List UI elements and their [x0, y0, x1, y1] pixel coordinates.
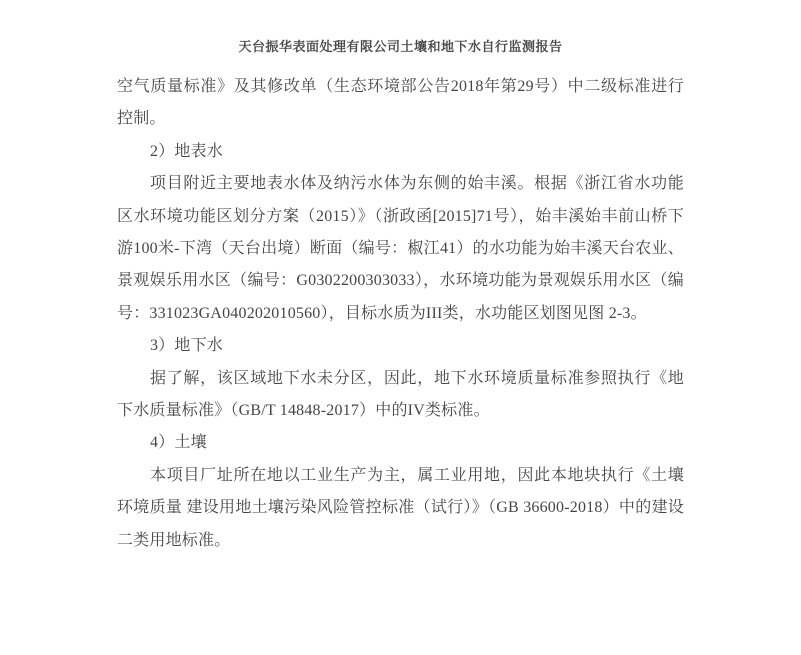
paragraph-groundwater: 据了解，该区域地下水未分区，因此，地下水环境质量标准参照执行《地下水质量标准》（… [117, 363, 684, 428]
paragraph-air-quality-continuation: 空气质量标准》及其修改单（生态环境部公告2018年第29号）中二级标准进行控制。 [117, 71, 684, 136]
paragraph-surface-water: 项目附近主要地表水体及纳污水体为东侧的始丰溪。根据《浙江省水功能区水环境功能区划… [117, 168, 684, 330]
document-body: 空气质量标准》及其修改单（生态环境部公告2018年第29号）中二级标准进行控制。… [117, 71, 684, 557]
paragraph-soil: 本项目厂址所在地以工业生产为主，属工业用地，因此本地块执行《土壤环境质量 建设用… [117, 460, 684, 557]
section-heading-groundwater: 3）地下水 [117, 330, 684, 362]
running-header: 天台振华表面处理有限公司土壤和地下水自行监测报告 [0, 36, 801, 55]
document-page: 天台振华表面处理有限公司土壤和地下水自行监测报告 空气质量标准》及其修改单（生态… [0, 0, 801, 655]
section-heading-surface-water: 2）地表水 [117, 136, 684, 168]
section-heading-soil: 4）土壤 [117, 427, 684, 459]
